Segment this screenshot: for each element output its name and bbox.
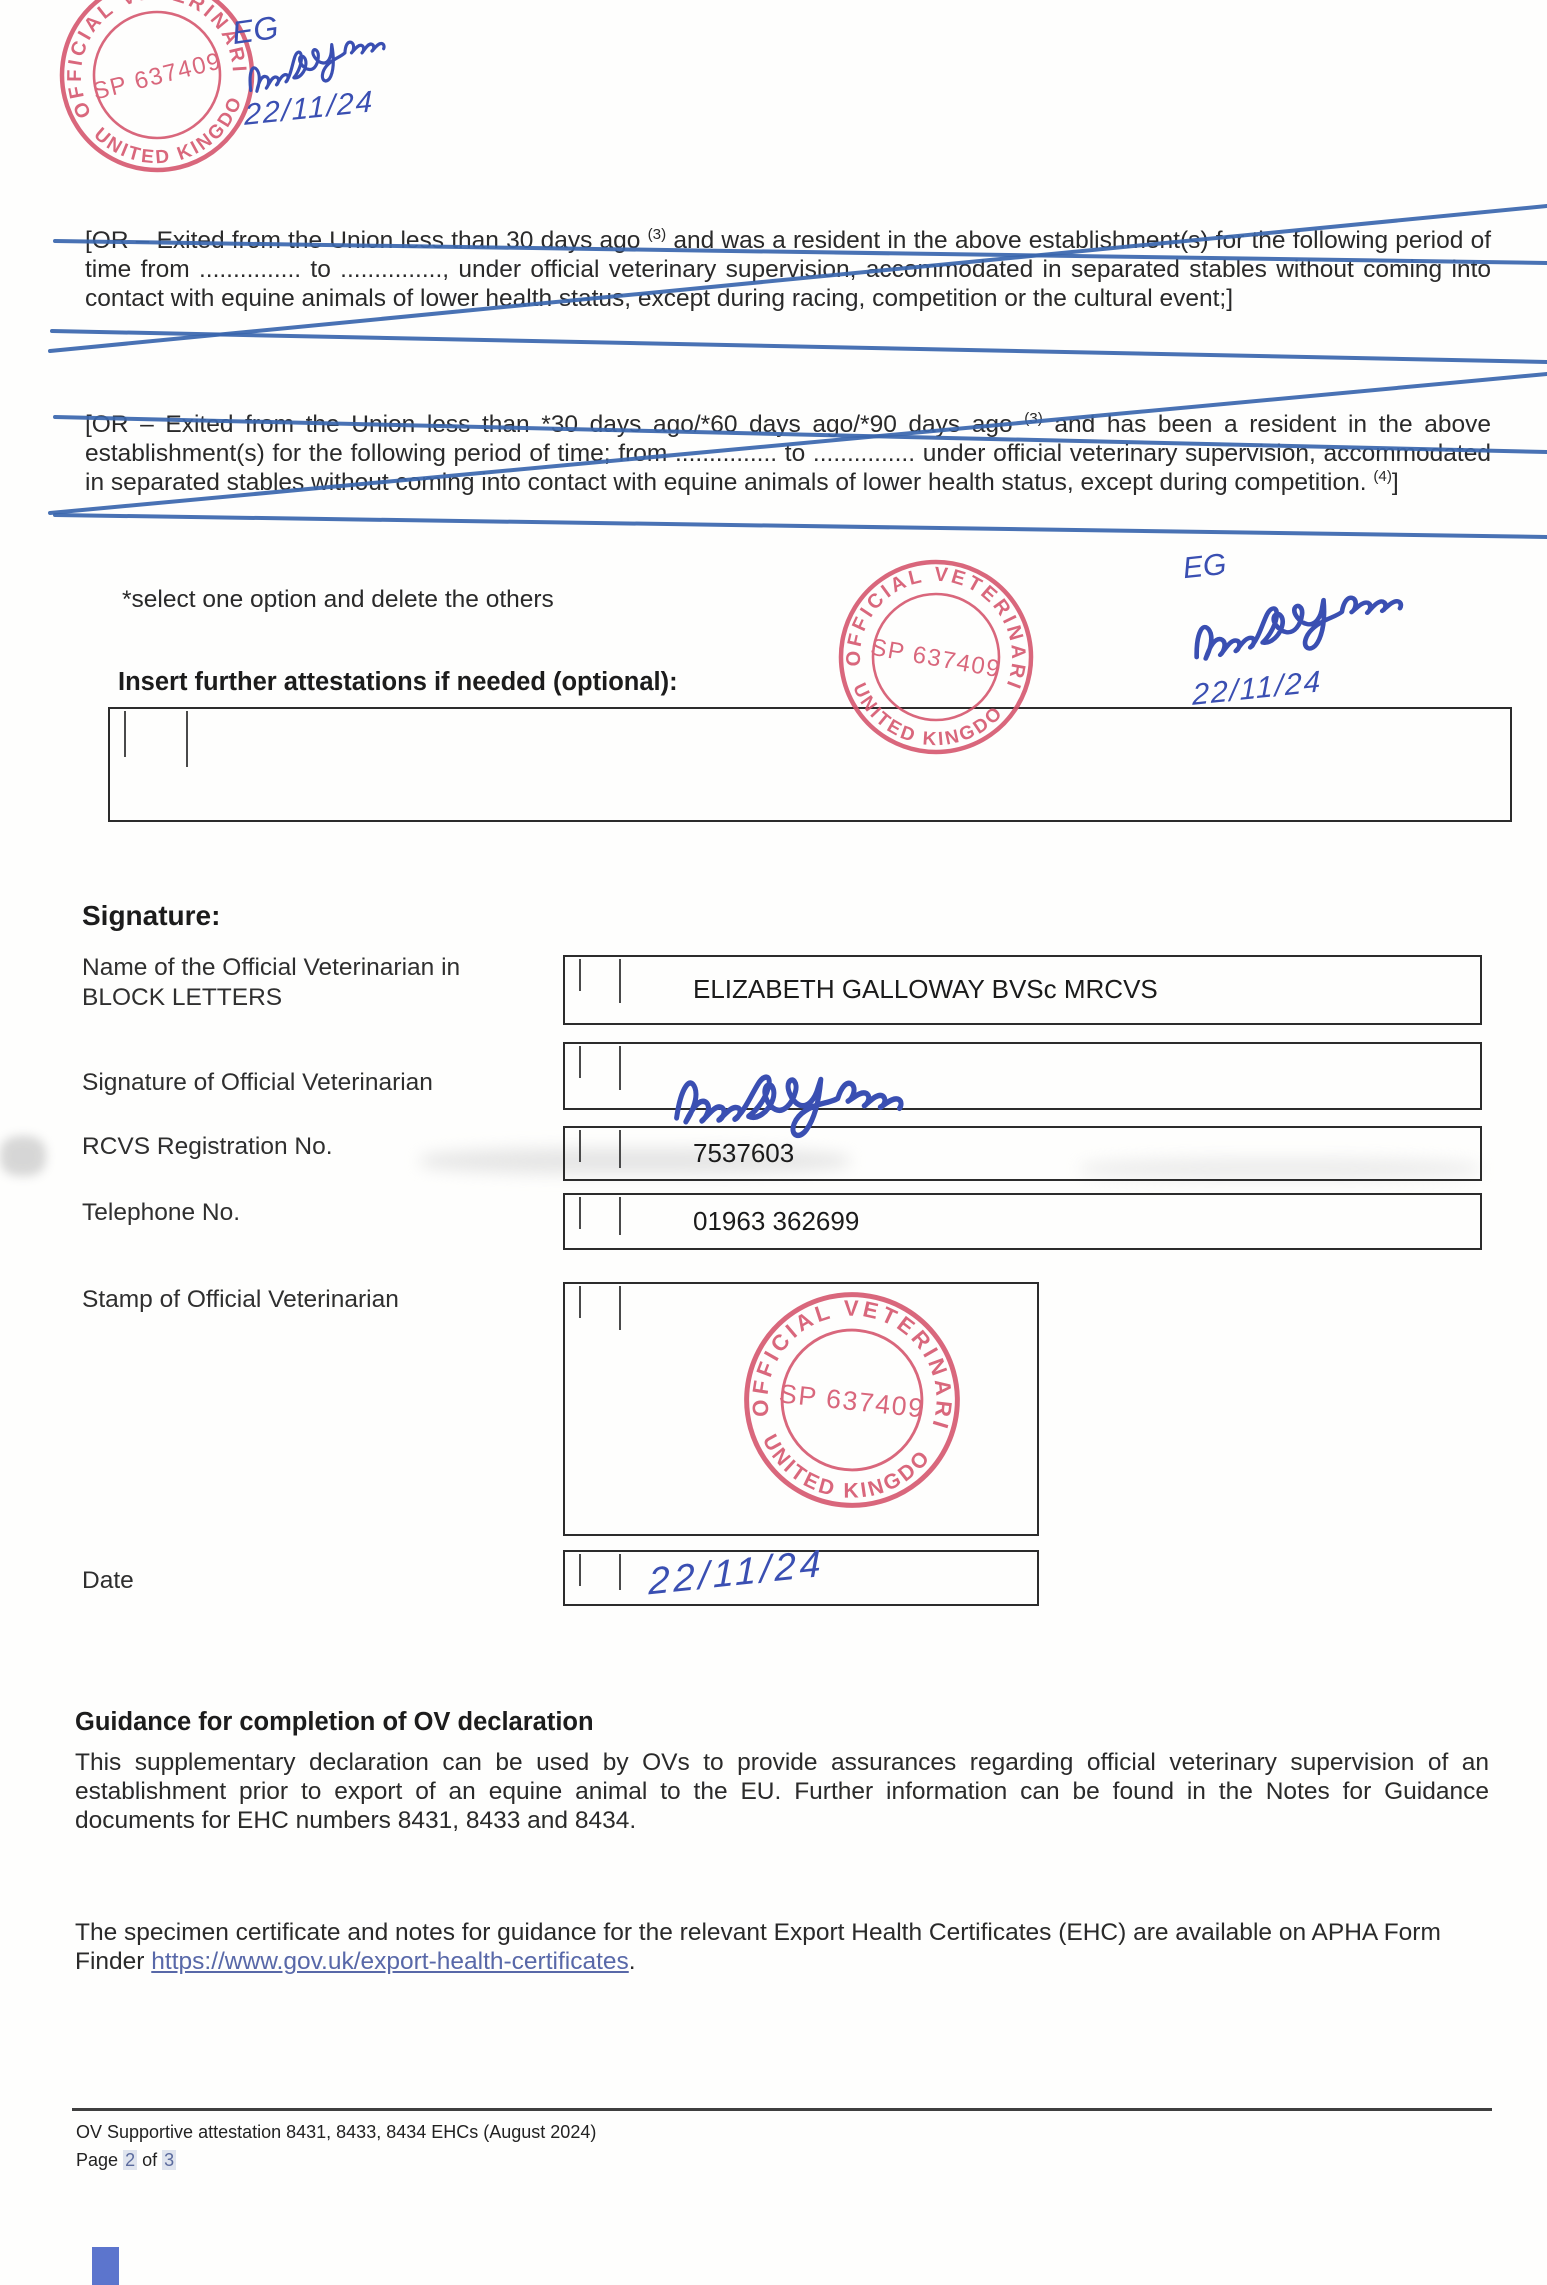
handwritten-initials: EG [1181,548,1228,586]
document-page: OFFICIAL VETERINARIAN UNITED KINGDOM SP … [0,0,1547,2285]
name-box: ELIZABETH GALLOWAY BVSc MRCVS [563,955,1482,1025]
name-label: Name of the Official Veterinarian in BLO… [82,953,460,1013]
box-tick [619,959,621,1003]
box-tick [619,1046,621,1090]
box-tick [579,1286,581,1318]
official-veterinarian-stamp-middle: OFFICIAL VETERINARIAN UNITED KINGDOM SP … [809,530,1064,785]
footer-page-total: 3 [162,2150,176,2170]
handwritten-signature [669,1042,914,1164]
box-tick [579,1046,581,1078]
footer-page-current: 2 [123,2150,137,2170]
date-label: Date [82,1566,134,1596]
telephone-value: 01963 362699 [693,1206,859,1237]
attestations-box [108,707,1512,822]
box-tick [579,1130,581,1162]
stamp-number-text: SP 637409 [778,1378,927,1423]
stamp-number-text: SP 637409 [90,47,224,105]
rcvs-label: RCVS Registration No. [82,1132,333,1162]
box-tick [619,1130,621,1168]
box-tick [579,1197,581,1229]
footer-divider [72,2108,1492,2111]
box-tick [124,711,126,757]
box-tick [579,1554,581,1586]
attestations-heading: Insert further attestations if needed (o… [118,668,678,697]
footer-page-indicator: Page 2 of 3 [76,2146,176,2174]
guidance-paragraph-1: This supplementary declaration can be us… [75,1748,1489,1835]
box-tick [619,1554,621,1590]
ehc-link[interactable]: https://www.gov.uk/export-health-certifi… [151,1948,629,1975]
box-tick [186,711,188,767]
signature-label: Signature of Official Veterinarian [82,1068,433,1098]
official-veterinarian-stamp-box: OFFICIAL VETERINARIAN UNITED KINGDOM SP … [718,1266,986,1534]
select-note: *select one option and delete the others [122,586,554,614]
guidance-heading: Guidance for completion of OV declaratio… [75,1708,594,1737]
option2-paragraph: [OR – Exited from the Union less than *3… [85,410,1491,497]
box-tick [579,959,581,991]
guidance-paragraph-2: The specimen certificate and notes for g… [75,1918,1489,1976]
box-tick [619,1197,621,1235]
scan-artifact-blue-mark [92,2247,119,2285]
telephone-box: 01963 362699 [563,1193,1482,1250]
stamp-label: Stamp of Official Veterinarian [82,1285,399,1315]
stamp-number-text: SP 637409 [868,634,1003,683]
option1-paragraph: [OR – Exited from the Union less than 30… [85,226,1491,313]
name-value: ELIZABETH GALLOWAY BVSc MRCVS [693,974,1158,1005]
telephone-label: Telephone No. [82,1198,240,1228]
signature-heading: Signature: [82,900,220,932]
footer-title: OV Supportive attestation 8431, 8433, 84… [76,2118,596,2146]
box-tick [619,1286,621,1330]
scan-artifact [0,1136,46,1176]
